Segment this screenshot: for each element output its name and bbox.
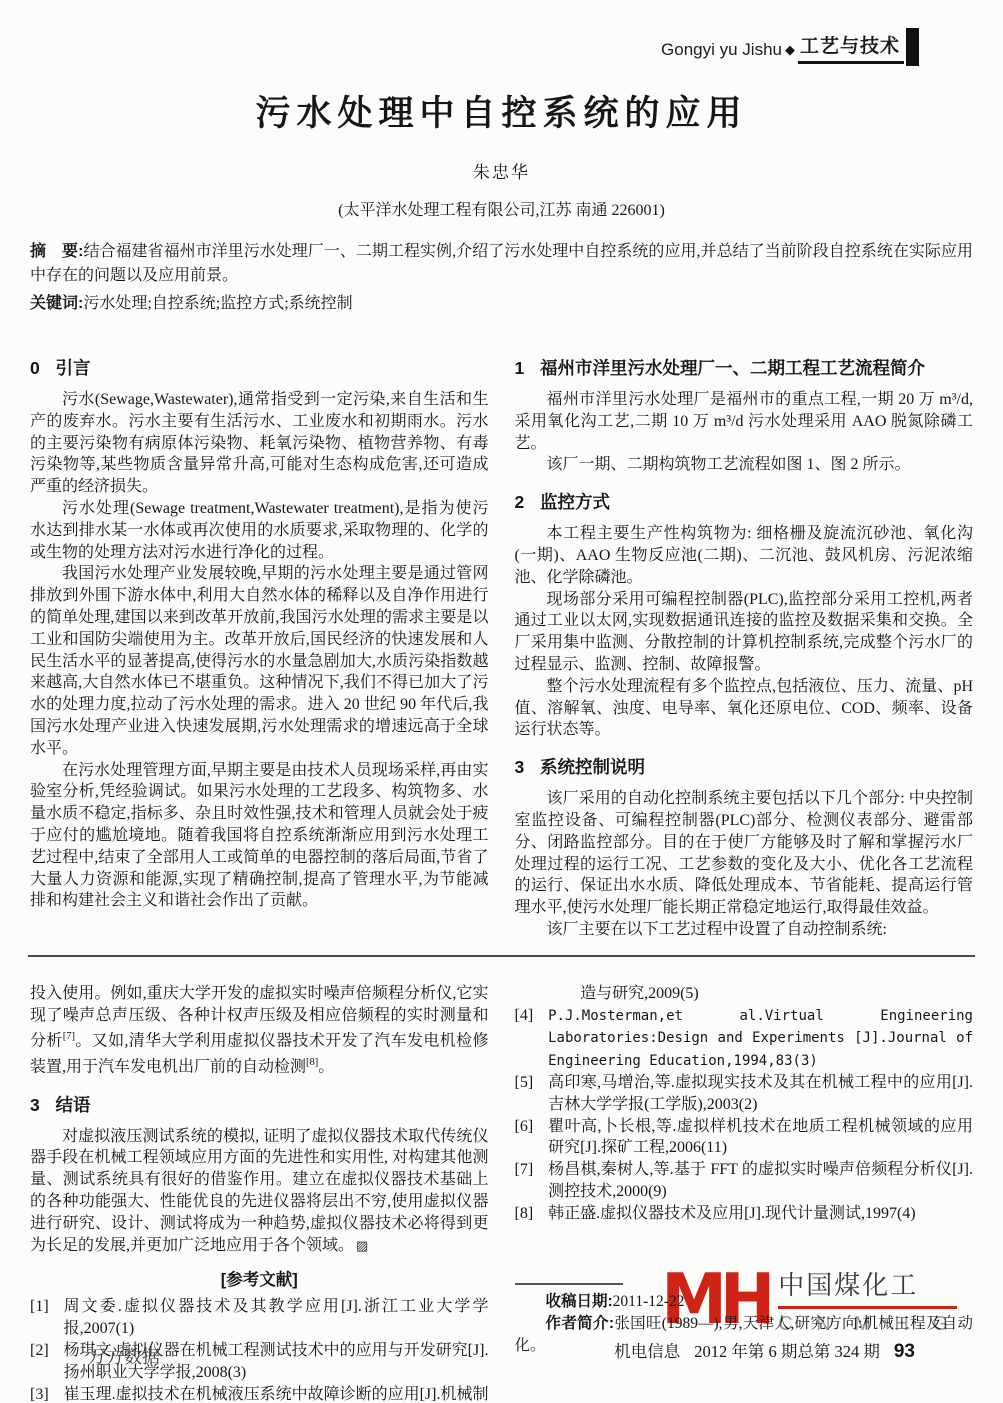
- reference-item: [7]杨昌棋,秦树人,等.基于 FFT 的虚拟实时噪声倍频程分析仪[J].测控技…: [515, 1159, 974, 1203]
- bottom-left-column: 投入使用。例如,重庆大学开发的虚拟实时噪声倍频程分析仪,它实现了噪声总声压级、各…: [30, 983, 489, 1403]
- intro-paragraph: 我国污水处理产业发展较晚,早期的污水处理主要是通过管网排放到外围下游水体中,利用…: [30, 563, 489, 759]
- section-number: 1: [515, 358, 525, 378]
- reference-text: 瞿叶高,卜长根,等.虚拟样机技术在地质工程机械领域的应用研究[J].探矿工程,2…: [548, 1116, 973, 1160]
- author-bio-line: 作者简介:张国旺(1989—),男,天津人,研究方向:机械工程及自动化。: [515, 1313, 974, 1357]
- section-paragraph: 本工程主要生产性构筑物为: 细格栅及旋流沉砂池、氧化沟(一期)、AAO 生物反应…: [515, 523, 974, 588]
- reference-text: 周文委.虚拟仪器技术及其教学应用[J].浙江工业大学学报,2007(1): [64, 1296, 489, 1340]
- section-number: 2: [515, 492, 525, 512]
- section-paragraph: 该厂采用的自动化控制系统主要包括以下几个部分: 中央控制室监控设备、可编程控制器…: [515, 788, 974, 919]
- section-heading-1: 1福州市洋里污水处理厂一、二期工程工艺流程简介: [515, 355, 974, 380]
- reference-item: [8]韩正盛.虚拟仪器技术及应用[J].现代计量测试,1997(4): [515, 1203, 974, 1225]
- intro-paragraph: 在污水处理管理方面,早期主要是由技术人员现场采样,再由实验室分析,凭经验调试。如…: [30, 760, 489, 913]
- keywords-label: 关键词:: [30, 295, 83, 312]
- bottom-right-column: 造与研究,2009(5) [4]P.J.Mosterman,et al.Virt…: [515, 983, 974, 1403]
- keywords-text: 污水处理;自控系统;监控方式;系统控制: [83, 295, 352, 312]
- section-number: 0: [30, 358, 40, 378]
- section-label: 系统控制说明: [540, 757, 645, 777]
- continuation-text: 。又如,清华大学利用虚拟仪器技术开发了汽车发电机检修装置,用于汽车发电机出厂前的…: [30, 1033, 488, 1076]
- right-column: 1福州市洋里污水处理厂一、二期工程工艺流程简介 福州市洋里污水处理厂是福州市的重…: [515, 342, 974, 941]
- section-heading-3: 3系统控制说明: [515, 754, 974, 779]
- reference-continuation: 造与研究,2009(5): [515, 983, 974, 1005]
- references-title: [参考文献]: [30, 1266, 489, 1290]
- journal-pinyin: Gongyi yu Jishu: [661, 40, 782, 64]
- reference-text: 韩正盛.虚拟仪器技术及应用[J].现代计量测试,1997(4): [548, 1203, 973, 1225]
- journal-header: Gongyi yu Jishu ◆ 工艺与技术: [661, 28, 919, 64]
- reference-text: 杨昌棋,秦树人,等.基于 FFT 的虚拟实时噪声倍频程分析仪[J].测控技术,2…: [548, 1159, 973, 1203]
- section-number: 3: [515, 757, 525, 777]
- header-black-bar: [906, 28, 919, 66]
- keywords: 关键词:污水处理;自控系统;监控方式;系统控制: [30, 292, 973, 316]
- citation-mark: [7]: [63, 1031, 75, 1042]
- reference-number: [2]: [30, 1340, 64, 1384]
- conclusion-text: 对虚拟液压测试系统的模拟, 证明了虚拟仪器技术取代传统仪器手段在机械工程领域应用…: [30, 1128, 489, 1254]
- section-heading-conclusion: 3结语: [30, 1092, 489, 1117]
- bottom-columns: 投入使用。例如,重庆大学开发的虚拟实时噪声倍频程分析仪,它实现了噪声总声压级、各…: [0, 983, 1003, 1403]
- section-paragraph: 整个污水处理流程有多个监控点,包括液位、压力、流量、pH 值、溶解氧、浊度、电导…: [515, 676, 974, 741]
- left-column: 0引言 污水(Sewage,Wastewater),通常指受到一定污染,来自生活…: [30, 342, 489, 941]
- section-heading-intro: 0引言: [30, 355, 489, 380]
- article-title: 污水处理中自控系统的应用: [0, 86, 1003, 136]
- citation-mark: [8]: [306, 1057, 318, 1068]
- reference-text: 高印寒,马增治,等.虚拟现实技术及其在机械工程中的应用[J].吉林大学学报(工学…: [548, 1072, 973, 1116]
- wanfang-watermark: 万方数据: [88, 1343, 160, 1369]
- continuation-paragraph: 投入使用。例如,重庆大学开发的虚拟实时噪声倍频程分析仪,它实现了噪声总声压级、各…: [30, 983, 489, 1079]
- section-label: 监控方式: [540, 492, 610, 512]
- reference-number: [3]: [30, 1384, 64, 1403]
- footnote-block: 收稿日期:2011-12-22 作者简介:张国旺(1989—),男,天津人,研究…: [515, 1283, 974, 1357]
- section-paragraph: 现场部分采用可编程控制器(PLC),监控部分采用工控机,两者通过工业以太网,实现…: [515, 589, 974, 676]
- article-end-mark-icon: ▨: [356, 1238, 368, 1253]
- received-date-line: 收稿日期:2011-12-22: [515, 1291, 974, 1313]
- reference-item: [1]周文委.虚拟仪器技术及其教学应用[J].浙江工业大学学报,2007(1): [30, 1296, 489, 1340]
- section-paragraph: 该厂主要在以下工艺过程中设置了自动控制系统:: [515, 919, 974, 941]
- reference-item: [5]高印寒,马增治,等.虚拟现实技术及其在机械工程中的应用[J].吉林大学学报…: [515, 1072, 974, 1116]
- reference-number: [8]: [515, 1203, 549, 1225]
- reference-item: [6]瞿叶高,卜长根,等.虚拟样机技术在地质工程机械领域的应用研究[J].探矿工…: [515, 1116, 974, 1160]
- reference-text: P.J.Mosterman,et al.Virtual Engineering …: [548, 1005, 973, 1073]
- abstract-label: 摘 要:: [30, 243, 83, 260]
- reference-number: [7]: [515, 1159, 549, 1203]
- section-number: 3: [30, 1095, 40, 1115]
- section-label: 福州市洋里污水处理厂一、二期工程工艺流程简介: [540, 358, 925, 378]
- abstract: 摘 要:结合福建省福州市洋里污水处理厂一、二期工程实例,介绍了污水处理中自控系统…: [30, 240, 973, 288]
- journal-section-title: 工艺与技术: [798, 31, 904, 64]
- received-label: 收稿日期:: [546, 1293, 613, 1310]
- section-paragraph: 福州市洋里污水处理厂是福州市的重点工程,一期 20 万 m³/d,采用氧化沟工艺…: [515, 389, 974, 454]
- scanned-journal-page: Gongyi yu Jishu ◆ 工艺与技术 污水处理中自控系统的应用 朱忠华…: [0, 0, 1003, 1403]
- conclusion-paragraph: 对虚拟液压测试系统的模拟, 证明了虚拟仪器技术取代传统仪器手段在机械工程领域应用…: [30, 1126, 489, 1257]
- intro-paragraph: 污水处理(Sewage treatment,Wastewater treatme…: [30, 498, 489, 563]
- diamond-icon: ◆: [782, 42, 798, 64]
- reference-number: [5]: [515, 1072, 549, 1116]
- section-label: 引言: [55, 358, 90, 378]
- reference-number: [6]: [515, 1116, 549, 1160]
- intro-paragraph: 污水(Sewage,Wastewater),通常指受到一定污染,来自生活和生产的…: [30, 389, 489, 498]
- article-affiliation: (太平洋水处理工程有限公司,江苏 南通 226001): [0, 197, 1003, 220]
- article-author: 朱忠华: [0, 158, 1003, 183]
- reference-number: [4]: [515, 1005, 549, 1073]
- footnote-rule: [515, 1283, 623, 1285]
- section-paragraph: 该厂一期、二期构筑物工艺流程如图 1、图 2 所示。: [515, 454, 974, 476]
- continuation-text: 。: [318, 1059, 334, 1076]
- bio-label: 作者简介:: [546, 1315, 614, 1332]
- main-columns: 0引言 污水(Sewage,Wastewater),通常指受到一定污染,来自生活…: [0, 342, 1003, 941]
- reference-number: [1]: [30, 1296, 64, 1340]
- section-label: 结语: [55, 1095, 90, 1115]
- article-divider-rule: [28, 955, 975, 957]
- abstract-text: 结合福建省福州市洋里污水处理厂一、二期工程实例,介绍了污水处理中自控系统的应用,…: [30, 243, 973, 284]
- reference-item: [3]崔玉理.虚拟技术在机械液压系统中故障诊断的应用[J].机械制: [30, 1384, 489, 1403]
- reference-text: 崔玉理.虚拟技术在机械液压系统中故障诊断的应用[J].机械制: [64, 1384, 489, 1403]
- received-date: 2011-12-22: [613, 1293, 685, 1310]
- reference-item: [4]P.J.Mosterman,et al.Virtual Engineeri…: [515, 1005, 974, 1073]
- section-heading-2: 2监控方式: [515, 489, 974, 514]
